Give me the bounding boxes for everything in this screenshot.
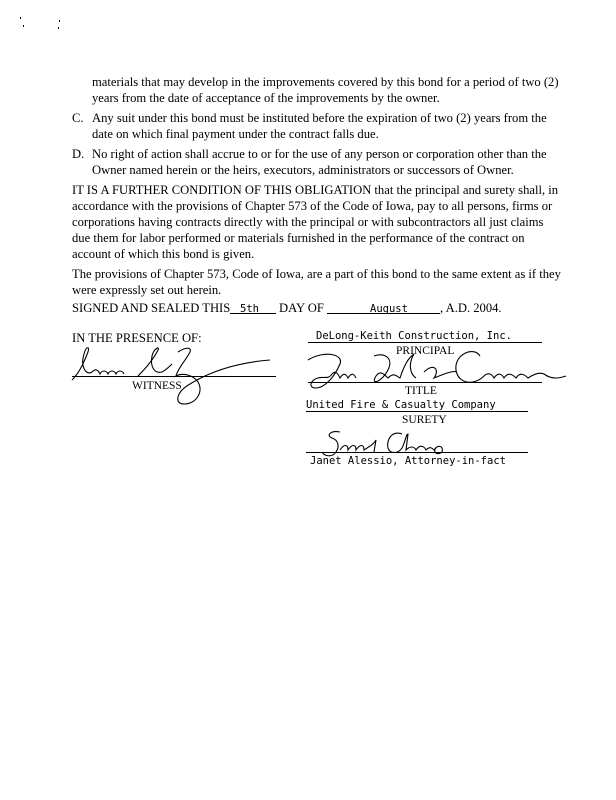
further-condition-line-1: IT IS A FURTHER CONDITION OF THIS OBLIGA…: [72, 182, 558, 198]
further-condition-line-4: due them for labor performed or material…: [72, 230, 525, 246]
scan-speck: [23, 25, 24, 27]
paragraph-c-label: C.: [72, 110, 84, 126]
signed-day-value: 5th: [240, 301, 259, 317]
further-condition-line-3: corporations having contracts directly w…: [72, 214, 543, 230]
paragraph-d-label: D.: [72, 146, 84, 162]
signed-sealed-prefix: SIGNED AND SEALED THIS: [72, 300, 230, 316]
signed-month-value: August: [370, 301, 408, 317]
scan-speck: [20, 17, 21, 19]
paragraph-d-line-2: Owner named herein or the heirs, executo…: [92, 162, 514, 178]
signed-year-suffix: , A.D. 2004.: [440, 300, 502, 316]
provisions-line-1: The provisions of Chapter 573, Code of I…: [72, 266, 561, 282]
paragraph-d-line-1: No right of action shall accrue to or fo…: [92, 146, 547, 162]
further-condition-line-5: account of which this bond is given.: [72, 246, 254, 262]
scan-speck: [59, 20, 60, 22]
paragraph-c-line-2: date on which final payment under the co…: [92, 126, 379, 142]
scan-speck: [58, 27, 59, 29]
paragraph-c-line-1: Any suit under this bond must be institu…: [92, 110, 547, 126]
paragraph-b-line-2: years from the date of acceptance of the…: [92, 90, 440, 106]
provisions-line-2: were expressly set out herein.: [72, 282, 221, 298]
principal-signature: [304, 344, 574, 404]
witness-signature: [66, 342, 286, 412]
further-condition-line-2: accordance with the provisions of Chapte…: [72, 198, 552, 214]
surety-signer: Janet Alessio, Attorney-in-fact: [310, 453, 506, 469]
paragraph-b-line-1: materials that may develop in the improv…: [92, 74, 559, 90]
signed-day-of: DAY OF: [279, 300, 324, 316]
